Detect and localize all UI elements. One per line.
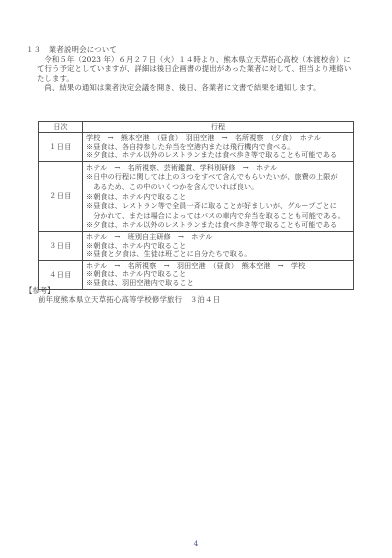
itinerary-line: ※昼食と夕食は、生徒は班ごとに自分たちで取る。 xyxy=(86,250,350,259)
table-row: ３日目 ホテル → 班別自主研修 → ホテル ※朝食は、ホテル内で取ること ※昼… xyxy=(39,231,354,260)
itinerary-line: ※昼食は、レストラン等で全員一斉に取ることが好ましいが、グループごとに xyxy=(86,201,350,211)
day-cell-2: ２日目 xyxy=(39,161,83,231)
itinerary-line: 分かれて、または場合によってはバスの車内で弁当を取ることも可能である。 xyxy=(86,211,350,221)
intro-paragraph: 令和５年（2023 年）６月２７日（火）１４時より、熊本県立天草拓心高校（本渡校… xyxy=(37,55,371,92)
section-heading: １３ 業者説明会について xyxy=(26,45,117,54)
itinerary-line: ※日中の行程に関しては上の３つをすべて含んでもらいたいが、旅費の上限が xyxy=(86,172,350,182)
table-header-itinerary: 行程 xyxy=(83,122,354,133)
reference-text: 前年度熊本県立天草拓心高等学校修学旅行 ３泊４日 xyxy=(38,294,220,305)
itinerary-cell-2: ホテル → 名所視察、芸術鑑賞、学科別研修 → ホテル ※日中の行程に関しては上… xyxy=(83,161,354,231)
itinerary-line: ホテル → 名所視察、芸術鑑賞、学科別研修 → ホテル xyxy=(86,163,350,173)
itinerary-line: ※夕食は、ホテル以外のレストランまたは食べ歩き等で取ることも可能である xyxy=(86,220,350,230)
itinerary-table: 日次 行程 １日目 学校 → 熊本空港 （昼食） 羽田空港 → 名所視察 （夕食… xyxy=(38,121,354,290)
itinerary-line: ※昼食は、羽田空港内で取ること xyxy=(86,279,350,288)
table-row: １日目 学校 → 熊本空港 （昼食） 羽田空港 → 名所視察 （夕食） ホテル … xyxy=(39,133,354,162)
paragraph-line: 令和５年（2023 年）６月２７日（火）１４時より、熊本県立天草拓心高校（本渡校… xyxy=(37,55,371,64)
paragraph-line: て行う予定としていますが、詳細は後日企画書の提出があった業者に対して、担当より連… xyxy=(37,64,371,73)
itinerary-line: あるため、この中のいくつかを含んでいれば良い。 xyxy=(86,182,350,192)
table-row: ４日目 ホテル → 名所視察 → 羽田空港 （昼食） 熊本空港 → 学校 ※朝食… xyxy=(39,260,354,289)
itinerary-line: ※朝食は、ホテル内で取ること xyxy=(86,192,350,202)
day-cell-3: ３日目 xyxy=(39,231,83,260)
table-header-row: 日次 行程 xyxy=(39,122,354,133)
itinerary-cell-3: ホテル → 班別自主研修 → ホテル ※朝食は、ホテル内で取ること ※昼食と夕食… xyxy=(83,231,354,260)
itinerary-cell-4: ホテル → 名所視察 → 羽田空港 （昼食） 熊本空港 → 学校 ※朝食は、ホテ… xyxy=(83,260,354,289)
document-page: １３ 業者説明会について 令和５年（2023 年）６月２７日（火）１４時より、熊… xyxy=(0,0,392,558)
itinerary-line: ※夕食は、ホテル以外のレストランまたは食べ歩き等で取ることも可能である xyxy=(86,151,350,160)
table-header-day: 日次 xyxy=(39,122,83,133)
paragraph-line: 尚、結果の通知は業者決定会議を開き、後日、各業者に文書で結果を通知します。 xyxy=(37,83,371,92)
day-cell-1: １日目 xyxy=(39,133,83,162)
paragraph-line: たします。 xyxy=(37,74,371,83)
table-row: ２日目 ホテル → 名所視察、芸術鑑賞、学科別研修 → ホテル ※日中の行程に関… xyxy=(39,161,354,231)
page-number: 4 xyxy=(0,540,392,548)
itinerary-cell-1: 学校 → 熊本空港 （昼食） 羽田空港 → 名所視察 （夕食） ホテル ※昼食は… xyxy=(83,133,354,162)
